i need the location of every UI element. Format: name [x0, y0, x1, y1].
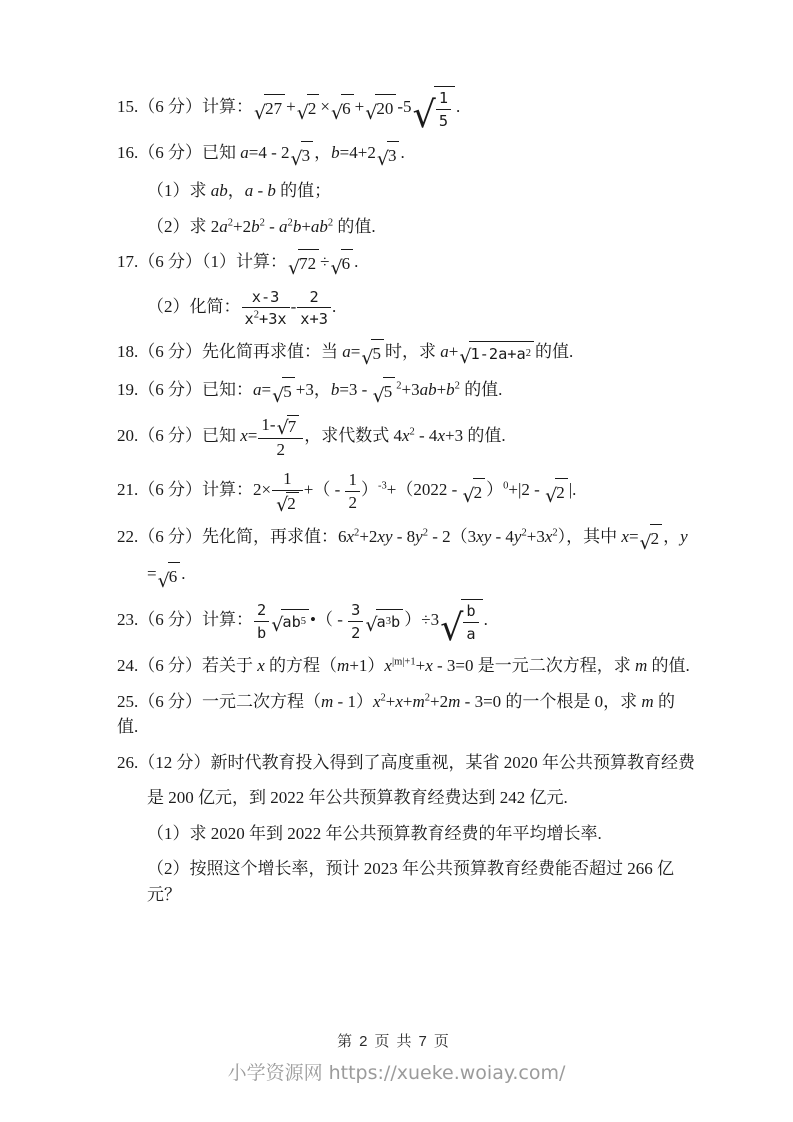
problem-25: 25.（6 分）一元二次方程（m - 1）x2+x+m2+2m - 3=0 的一…	[117, 689, 695, 740]
math-text: 72	[299, 251, 316, 277]
fraction-numerator: 1-√7	[258, 415, 303, 438]
problem-line: （2）化简：x-3x2+3x-2x+3.	[117, 287, 695, 329]
radicand: ba	[461, 599, 482, 643]
math-variable: b	[251, 217, 260, 236]
math-variable: x	[240, 426, 248, 445]
radical-expression: √2	[276, 492, 299, 514]
math-text: - 2（3	[428, 527, 476, 546]
math-text: -	[253, 181, 267, 200]
problem-line: 17.（6 分）（1）计算：√72÷√6.	[117, 249, 695, 277]
math-variable: a	[440, 342, 449, 361]
fraction-denominator: a	[463, 622, 478, 644]
math-superscript: |m|+1	[392, 657, 416, 668]
math-text: .	[181, 564, 185, 583]
math-variable: x	[402, 426, 410, 445]
radical-expression: √20	[365, 94, 396, 122]
math-text: -	[265, 217, 279, 236]
math-variable: m	[448, 692, 460, 711]
math-text: ÷	[320, 252, 329, 271]
math-variable: ab	[311, 217, 328, 236]
math-text: 2	[474, 480, 483, 506]
math-text: 22.（6 分）先化简，再求值：6	[117, 527, 347, 546]
math-text: +|2 -	[508, 480, 544, 499]
math-text: 2	[308, 96, 317, 122]
math-text: =3 -	[339, 380, 371, 399]
problem-line: 18.（6 分）先化简再求值：当 a=√5时，求 a+√1-2a+a2的值.	[117, 339, 695, 367]
math-variable: x	[373, 692, 381, 711]
problem-line: 19.（6 分）已知：a=√5+3，b=3 - √52+3ab+b2 的值.	[117, 377, 695, 405]
math-text: +	[286, 97, 296, 116]
math-text: .	[456, 97, 460, 116]
radical-expression: √6	[330, 249, 353, 277]
radicand: 5	[371, 339, 384, 367]
fraction: 12	[345, 470, 360, 512]
math-variable: b	[267, 181, 276, 200]
math-text: -5	[397, 97, 411, 116]
math-text: +3	[527, 527, 545, 546]
math-text: 7	[288, 417, 297, 437]
fraction-denominator: 5	[436, 109, 451, 131]
math-text: x	[245, 310, 254, 328]
math-text: 5	[283, 379, 292, 405]
problem-line: 25.（6 分）一元二次方程（m - 1）x2+x+m2+2m - 3=0 的一…	[117, 689, 695, 740]
math-text: 5	[372, 341, 381, 367]
math-text: +3	[401, 380, 419, 399]
radical-expression: √ab5	[271, 609, 309, 634]
fraction-numerator: b	[463, 601, 478, 622]
math-text: ab	[282, 611, 300, 634]
fraction-denominator: 2	[258, 438, 303, 460]
math-text: - 4	[415, 426, 438, 445]
math-text: +2	[233, 217, 251, 236]
problem-23: 23.（6 分）计算：2b√ab5•（ - 32√a3b）÷3√ba.	[117, 599, 695, 643]
math-text: +1）	[349, 656, 384, 675]
math-text: （1）求 2020 年到 2022 年公共预算教育经费的年平均增长率.	[147, 824, 602, 843]
problem-22: 22.（6 分）先化简，再求值：6x2+2xy - 8y2 - 2（3xy - …	[117, 524, 695, 590]
math-text: 的方程（	[265, 656, 337, 675]
math-text: （2）求 2	[147, 217, 219, 236]
math-text: 3	[302, 143, 311, 169]
math-text: 15.（6 分）计算：	[117, 97, 253, 116]
math-text: +2	[430, 692, 448, 711]
math-text: 2	[277, 440, 286, 459]
math-variable: b	[446, 380, 455, 399]
radical-expression: √5	[272, 377, 295, 405]
radicand: 6	[168, 562, 181, 590]
radicand: a3b	[376, 609, 404, 634]
problem-line: 22.（6 分）先化简，再求值：6x2+2xy - 8y2 - 2（3xy - …	[117, 524, 695, 552]
math-text: 20.（6 分）已知	[117, 426, 240, 445]
math-variable: b	[331, 143, 340, 162]
math-text: 1	[283, 469, 292, 488]
radical-sign-icon: √	[440, 599, 463, 643]
math-text: - 3=0 是一元二次方程，求	[433, 656, 635, 675]
problem-24: 24.（6 分）若关于 x 的方程（m+1）x|m|+1+x - 3=0 是一元…	[117, 653, 695, 679]
math-superscript: -3	[378, 481, 387, 492]
problem-line: 16.（6 分）已知 a=4 - 2√3，b=4+2√3.	[117, 140, 695, 168]
math-text: 的值；	[276, 181, 331, 200]
math-variable: m	[635, 656, 647, 675]
math-text: - 8	[393, 527, 416, 546]
problem-26: 26.（12 分）新时代教育投入得到了高度重视，某省 2020 年公共预算教育经…	[117, 750, 695, 908]
radicand: 15	[434, 86, 455, 130]
math-variable: a	[342, 342, 351, 361]
watermark-link: 小学资源网 https://xueke.woiay.com/	[0, 1058, 793, 1085]
math-text: =	[248, 426, 258, 445]
math-text: +	[386, 692, 396, 711]
math-text: （2）化简：	[147, 297, 241, 316]
fraction-numerator: 3	[348, 600, 363, 621]
math-text: 20	[376, 96, 393, 122]
math-text: ×	[320, 97, 330, 116]
math-text: 2	[287, 494, 296, 514]
math-variable: x	[437, 426, 445, 445]
math-text: 1	[348, 470, 357, 489]
fraction-numerator: 2	[254, 600, 269, 621]
math-variable: m	[413, 692, 425, 711]
math-text: 5	[384, 379, 393, 405]
radicand: 2	[555, 478, 568, 506]
math-text: 25.（6 分）一元二次方程（	[117, 692, 321, 711]
radicand: 2	[473, 478, 486, 506]
radicand: 20	[375, 94, 396, 122]
math-text: 17.（6 分）（1）计算：	[117, 252, 287, 271]
math-variable: x	[347, 527, 355, 546]
math-text: 2	[351, 624, 360, 642]
math-text: 6	[169, 564, 178, 590]
math-text: a	[466, 625, 475, 643]
problem-line: 21.（6 分）计算：2×1√2+（ - 12）-3+（2022 - √2）0+…	[117, 469, 695, 513]
math-text: x-3	[252, 288, 280, 306]
problem-line: =√6.	[117, 561, 695, 589]
math-text: +2	[359, 527, 377, 546]
radicand: 72	[298, 249, 319, 277]
problem-line: 23.（6 分）计算：2b√ab5•（ - 32√a3b）÷3√ba.	[117, 599, 695, 643]
math-variable: y	[680, 527, 688, 546]
radicand: 27	[264, 94, 285, 122]
math-text: +	[416, 656, 426, 675]
radical-expression: √a3b	[365, 609, 403, 634]
problem-18: 18.（6 分）先化简再求值：当 a=√5时，求 a+√1-2a+a2的值.	[117, 339, 695, 367]
math-text: +	[437, 380, 447, 399]
fraction-numerator: 1	[345, 470, 360, 491]
math-variable: a	[279, 217, 288, 236]
math-text: .	[354, 252, 358, 271]
fraction: 15	[436, 88, 451, 130]
radical-expression: √5	[373, 377, 396, 405]
math-text: +	[449, 342, 459, 361]
math-text: 是 200 亿元，到 2022 年公共预算教育经费达到 242 亿元.	[147, 788, 568, 807]
math-text: ）÷3	[404, 610, 439, 629]
math-text: ，	[228, 181, 245, 200]
math-text: - 4	[491, 527, 514, 546]
math-text: 2	[556, 480, 565, 506]
exam-page: 15.（6 分）计算：√27+√2×√6+√20-5√15.16.（6 分）已知…	[0, 0, 793, 1122]
problem-19: 19.（6 分）已知：a=√5+3，b=3 - √52+3ab+b2 的值.	[117, 377, 695, 405]
radical-expression: √3	[377, 141, 400, 169]
math-variable: m	[337, 656, 349, 675]
math-variable: x	[425, 656, 433, 675]
math-text: 3	[351, 601, 360, 619]
math-text: =	[629, 527, 639, 546]
fraction-denominator: 2	[345, 491, 360, 513]
math-text: +	[403, 692, 413, 711]
radical-expression: √72	[288, 249, 319, 277]
radicand: 2	[650, 524, 663, 552]
math-text: +（2022 -	[387, 480, 462, 499]
math-text: ），其中	[558, 527, 622, 546]
radicand: 3	[387, 141, 400, 169]
math-text: +3x	[259, 310, 287, 328]
fraction-numerator: 2	[297, 287, 331, 308]
math-text: 1	[439, 89, 448, 107]
fraction-numerator: 1	[272, 469, 303, 490]
math-text: 19.（6 分）已知：	[117, 380, 253, 399]
math-text: b	[391, 611, 400, 634]
math-variable: x	[257, 656, 265, 675]
fraction-denominator: x2+3x	[242, 307, 290, 329]
math-text: 3	[388, 143, 397, 169]
radicand: 6	[341, 249, 354, 277]
math-text: - 1）	[333, 692, 373, 711]
math-text: -	[291, 297, 297, 316]
radical-expression: √2	[297, 94, 320, 122]
math-variable: a	[240, 143, 249, 162]
math-variable: m	[641, 692, 653, 711]
math-variable: a	[253, 380, 262, 399]
problem-line: 24.（6 分）若关于 x 的方程（m+1）x|m|+1+x - 3=0 是一元…	[117, 653, 695, 679]
math-text: 2	[651, 526, 660, 552]
radical-expression: √5	[361, 339, 384, 367]
math-text: 的值.	[647, 656, 690, 675]
math-text: +3 的值.	[445, 426, 506, 445]
math-text: 的值.	[460, 380, 503, 399]
problem-line: 26.（12 分）新时代教育投入得到了高度重视，某省 2020 年公共预算教育经…	[117, 750, 695, 776]
radical-expression: √1-2a+a2	[459, 341, 534, 366]
fraction-denominator: b	[254, 621, 269, 643]
page-number: 第2页共7页	[0, 1030, 793, 1051]
fraction: 2x+3	[297, 287, 331, 329]
radical-expression: √2	[463, 478, 486, 506]
radicand: 5	[383, 377, 396, 405]
math-text: b	[466, 602, 475, 620]
radical-expression: √15	[413, 86, 456, 130]
math-text: 2	[348, 493, 357, 512]
radicand: 7	[287, 415, 300, 437]
math-variable: x	[395, 692, 403, 711]
math-text: +	[301, 217, 311, 236]
radical-expression: √3	[291, 141, 314, 169]
problems-list: 15.（6 分）计算：√27+√2×√6+√20-5√15.16.（6 分）已知…	[117, 86, 695, 917]
radical-expression: √6	[331, 94, 354, 122]
math-text: a	[377, 611, 386, 634]
problem-line: （2）求 2a2+2b2 - a2b+ab2 的值.	[117, 214, 695, 240]
radicand: 5	[282, 377, 295, 405]
math-text: 6	[342, 251, 351, 277]
math-variable: a	[245, 181, 254, 200]
math-text: 6	[342, 96, 351, 122]
math-text: 的值.	[535, 342, 573, 361]
radical-expression: √6	[158, 562, 181, 590]
math-text: 23.（6 分）计算：	[117, 610, 253, 629]
problem-line: （2）按照这个增长率，预计 2023 年公共预算教育经费能否超过 266 亿元？	[117, 856, 695, 907]
problem-17: 17.（6 分）（1）计算：√72÷√6.（2）化简：x-3x2+3x-2x+3…	[117, 249, 695, 329]
fraction: 32	[348, 600, 363, 642]
math-text: 2	[310, 288, 319, 306]
math-variable: xy	[377, 527, 392, 546]
math-text: 27	[265, 96, 282, 122]
math-text: b	[257, 624, 266, 642]
math-text: .	[332, 297, 336, 316]
fraction-numerator: x-3	[242, 287, 290, 308]
math-text: .	[484, 610, 488, 629]
math-text: •（ -	[310, 610, 347, 629]
math-text: ，	[314, 143, 331, 162]
math-text: （1）求	[147, 181, 211, 200]
math-variable: x	[384, 656, 392, 675]
math-text: =	[147, 564, 157, 583]
math-text: +3，	[296, 380, 331, 399]
fraction-denominator: x+3	[297, 307, 331, 329]
math-text: 24.（6 分）若关于	[117, 656, 257, 675]
math-text: 时，求	[385, 342, 440, 361]
math-variable: a	[219, 217, 228, 236]
radical-expression: √27	[254, 94, 285, 122]
math-text: 5	[439, 112, 448, 130]
math-variable: x	[621, 527, 629, 546]
math-text: ）	[486, 480, 503, 499]
math-variable: m	[321, 692, 333, 711]
math-text: 1-2a+a	[470, 343, 525, 366]
radical-sign-icon: √	[413, 86, 436, 130]
fraction-denominator: 2	[348, 621, 363, 643]
problem-line: 20.（6 分）已知 x=1-√72，求代数式 4x2 - 4x+3 的值.	[117, 415, 695, 459]
math-text: =	[262, 380, 272, 399]
fraction: 1√2	[272, 469, 303, 513]
math-variable: ab	[211, 181, 228, 200]
problem-21: 21.（6 分）计算：2×1√2+（ - 12）-3+（2022 - √2）0+…	[117, 469, 695, 513]
radical-expression: √2	[545, 478, 568, 506]
math-text: - 3=0 的一个根是 0，求	[460, 692, 641, 711]
math-variable: ab	[420, 380, 437, 399]
fraction: 2b	[254, 600, 269, 642]
math-text: 16.（6 分）已知	[117, 143, 240, 162]
math-text: x+3	[300, 310, 328, 328]
fraction-numerator: 1	[436, 88, 451, 109]
radicand: 1-2a+a2	[469, 341, 534, 366]
math-text: .	[400, 143, 404, 162]
math-text: 的值.	[333, 217, 376, 236]
math-text: 26.（12 分）新时代教育投入得到了高度重视，某省 2020 年公共预算教育经…	[117, 753, 695, 772]
problem-20: 20.（6 分）已知 x=1-√72，求代数式 4x2 - 4x+3 的值.	[117, 415, 695, 459]
problem-15: 15.（6 分）计算：√27+√2×√6+√20-5√15.	[117, 86, 695, 130]
problem-line: 是 200 亿元，到 2022 年公共预算教育经费达到 242 亿元.	[117, 785, 695, 811]
math-text: 2	[257, 601, 266, 619]
math-text: =4+2	[340, 143, 376, 162]
fraction: x-3x2+3x	[242, 287, 290, 329]
math-text: =4 - 2	[249, 143, 290, 162]
radicand: 6	[341, 94, 354, 122]
radicand: 3	[301, 141, 314, 169]
math-text: +	[355, 97, 365, 116]
radical-expression: √7	[277, 415, 300, 437]
radicand: 2	[286, 492, 299, 514]
fraction-denominator: √2	[272, 490, 303, 514]
problem-line: （1）求 2020 年到 2022 年公共预算教育经费的年平均增长率.	[117, 821, 695, 847]
math-text: +（ -	[304, 480, 345, 499]
problem-line: （1）求 ab，a - b 的值；	[117, 178, 695, 204]
radical-expression: √2	[640, 524, 663, 552]
math-text: ）	[361, 480, 378, 499]
math-text: 1-	[261, 415, 275, 434]
radicand: ab5	[281, 609, 309, 634]
math-text: 18.（6 分）先化简再求值：当	[117, 342, 342, 361]
fraction: 1-√72	[258, 415, 303, 459]
math-text: （2）按照这个增长率，预计 2023 年公共预算教育经费能否超过 266 亿元？	[147, 859, 674, 904]
math-variable: xy	[476, 527, 491, 546]
math-variable: y	[415, 527, 423, 546]
problem-line: 15.（6 分）计算：√27+√2×√6+√20-5√15.	[117, 86, 695, 130]
radicand: 2	[307, 94, 320, 122]
math-text: =	[351, 342, 361, 361]
math-text: 21.（6 分）计算：2×	[117, 480, 271, 499]
math-text: ，	[663, 527, 680, 546]
math-text: |.	[569, 480, 577, 499]
fraction: ba	[463, 601, 478, 643]
problem-16: 16.（6 分）已知 a=4 - 2√3，b=4+2√3.（1）求 ab，a -…	[117, 140, 695, 239]
radical-expression: √ba	[440, 599, 483, 643]
math-text: ，求代数式 4	[304, 426, 402, 445]
